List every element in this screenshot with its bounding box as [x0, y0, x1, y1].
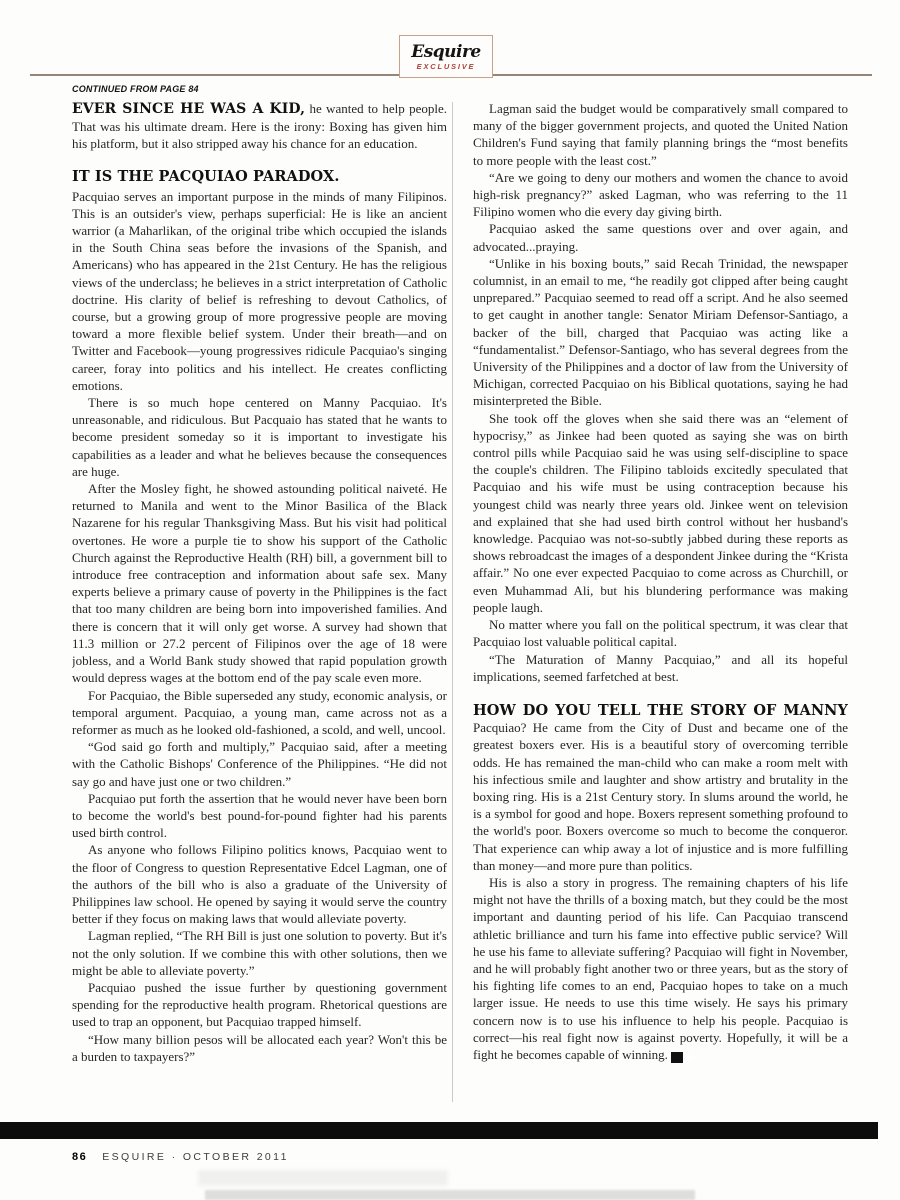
paragraph: “Are we going to deny our mothers and wo… [473, 169, 848, 221]
paragraph: “How many billion pesos will be allocate… [72, 1031, 447, 1065]
paragraph: She took off the gloves when she said th… [473, 410, 848, 616]
magazine-page: Esquire EXCLUSIVE CONTINUED FROM PAGE 84… [0, 0, 900, 1200]
lead-run-in: EVER SINCE HE WAS A KID, [72, 101, 305, 117]
article-body: EVER SINCE HE WAS A KID, he wanted to he… [72, 100, 848, 1114]
left-column: EVER SINCE HE WAS A KID, he wanted to he… [72, 100, 447, 1114]
esquire-logo: Esquire [411, 43, 481, 61]
closing-text: His is also a story in progress. The rem… [473, 875, 848, 1062]
paragraph: “Unlike in his boxing bouts,” said Recah… [473, 255, 848, 410]
story-heading-text: Pacquiao? He came from the City of Dust … [473, 720, 848, 873]
paragraph: Pacquiao serves an important purpose in … [72, 188, 447, 394]
paragraph: For Pacquiao, the Bible superseded any s… [72, 687, 447, 739]
paragraph: After the Mosley fight, he showed astoun… [72, 480, 447, 686]
paragraph: Pacquiao pushed the issue further by que… [72, 979, 447, 1031]
paragraph: Lagman said the budget would be comparat… [473, 100, 848, 169]
right-paragraphs: Lagman said the budget would be comparat… [473, 100, 848, 685]
paragraph: As anyone who follows Filipino politics … [72, 841, 447, 927]
closing-paragraph: His is also a story in progress. The rem… [473, 874, 848, 1063]
paragraph: “God said go forth and multiply,” Pacqui… [72, 738, 447, 790]
paragraph: There is so much hope centered on Manny … [72, 394, 447, 480]
esquire-exclusive-badge: Esquire EXCLUSIVE [399, 35, 493, 78]
page-number: 86 [72, 1151, 87, 1163]
left-paragraphs: Pacquiao serves an important purpose in … [72, 188, 447, 1065]
story-heading-run-in: HOW DO YOU TELL THE STORY OF MANNY [473, 702, 848, 719]
lead-paragraph: EVER SINCE HE WAS A KID, he wanted to he… [72, 100, 447, 153]
paragraph: No matter where you fall on the politica… [473, 616, 848, 650]
section-heading-story: HOW DO YOU TELL THE STORY OF MANNY Pacqu… [473, 702, 848, 874]
paragraph: Lagman replied, “The RH Bill is just one… [72, 927, 447, 979]
watermark-ghost [198, 1170, 448, 1186]
exclusive-label: EXCLUSIVE [417, 62, 476, 71]
continued-from-slug: CONTINUED FROM PAGE 84 [72, 84, 199, 94]
magazine-folio: ESQUIRE · OCTOBER 2011 [102, 1151, 289, 1163]
section-heading-paradox: IT IS THE PACQUIAO PARADOX. [72, 168, 447, 185]
esquire-end-mark-icon: E [671, 1052, 683, 1063]
right-column: Lagman said the budget would be comparat… [473, 100, 848, 1114]
watermark-ghost [205, 1190, 695, 1200]
bottom-divider-bar [0, 1122, 878, 1139]
paragraph: “The Maturation of Manny Pacquiao,” and … [473, 651, 848, 685]
paragraph: Pacquiao put forth the assertion that he… [72, 790, 447, 842]
paragraph: Pacquiao asked the same questions over a… [473, 220, 848, 254]
page-footer: 86 ESQUIRE · OCTOBER 2011 [72, 1151, 289, 1163]
